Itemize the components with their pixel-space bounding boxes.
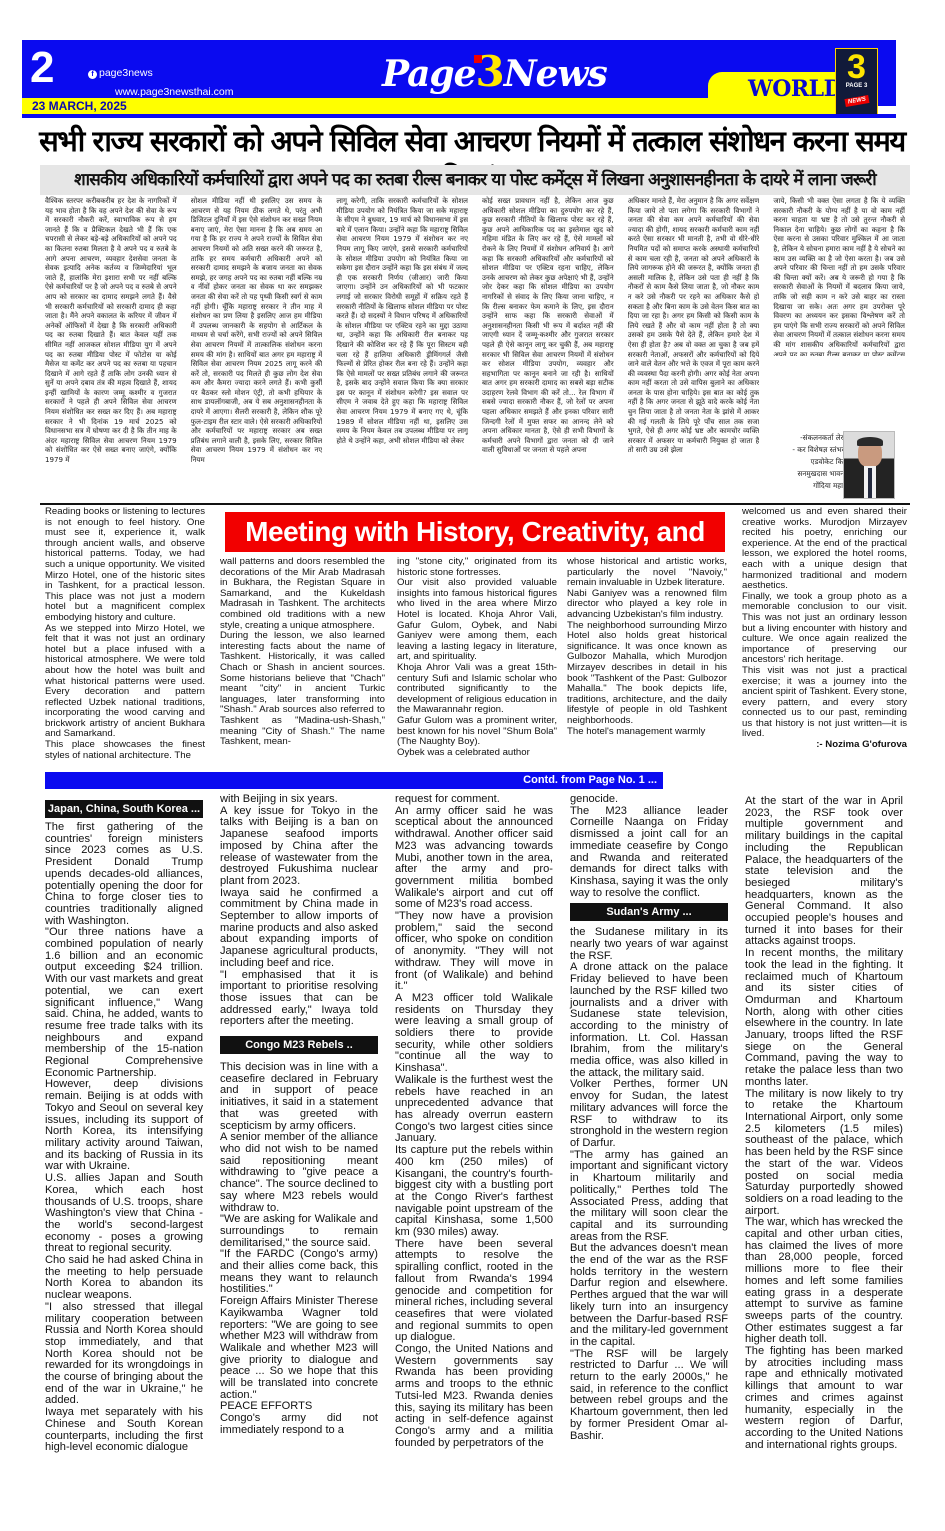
paragraph: "The RSF will be largely restricted to D… [570,1349,728,1443]
paragraph: Foreign Affairs Minister Therese Kayikwa… [220,1296,378,1401]
author-signature: -संकलनकर्ता लेखक - कर विशेषज्ञ स्तंभकार … [757,432,852,492]
news-column: with Beijing in six years. A key issue f… [220,794,378,1437]
author-tie [868,468,872,498]
paragraph: A senior member of the alliance who did … [220,1132,378,1214]
paragraph: Congo, the United Nations and Western go… [395,1344,553,1449]
website-link[interactable]: www.page3newsthai.com [115,86,233,98]
continued-banner: Contd. from Page No. 1 ... [45,772,663,789]
page-number: 2 [30,46,54,90]
page3-badge-logo: 3 PAGE 3 NEWS [835,48,878,115]
paragraph: request for comment. [395,794,553,806]
divider [22,114,896,118]
paragraph: A M23 officer told Walikale residents on… [395,993,553,1075]
paragraph: An army officer said he was sceptical ab… [395,806,553,911]
article-column-text: जाये, किसी भी वक्त ऐसा लगता है कि ये व्य… [773,196,905,356]
paragraph: Its capture put the rebels within 400 km… [395,1145,553,1239]
badge-label: PAGE 3 [836,83,877,89]
paragraph: A drone attack on the palace Friday beli… [570,962,728,1079]
byline: :- Nozima G'ofurova [742,740,907,751]
paragraph: The hotel's management warmly [567,727,727,738]
badge-news: NEWS [844,95,869,107]
paragraph: Oybek was a celebrated author [397,748,557,759]
feature-column: wall patterns and doors resembled the de… [220,557,385,748]
paragraph: Finally, we took a group photo as a memo… [742,592,907,666]
paragraph: genocide. [570,794,728,806]
article-column: लागू करेगी, ताकि सरकारी कर्मचारियों के स… [336,196,468,496]
author-photo [843,431,895,499]
section-label: WORLD [748,76,842,102]
author-hair [857,437,883,446]
article-column: वैश्विक स्तरपर करीबकरीब हर देश के नागरिक… [45,196,177,496]
paragraph: But the advances doesn't mean the end of… [570,1243,728,1348]
paragraph: As we stepped into Mirzo Hotel, we felt … [45,624,205,741]
signature-line: सनमुखदास भावनानी [757,468,852,480]
paragraph: wall patterns and doors resembled the de… [220,557,385,631]
section-heading: Sudan's Army ... [570,903,728,921]
paragraph: The first gathering of the countries' fo… [45,822,203,927]
paragraph: "The army has gained an important and si… [570,1150,728,1244]
paragraph: ing "stone city," originated from its hi… [397,557,557,578]
paragraph: This visit was not just a practical exer… [742,666,907,740]
section-heading: Congo M23 Rebels .. [220,1036,378,1054]
paragraph: This place showcases the finest styles o… [45,740,205,761]
continued-news: Japan, China, South Korea ... The first … [45,794,907,1509]
newspaper-logo: Page3News [382,47,607,96]
news-column: At the start of the war in April 2023, t… [745,796,903,1451]
divider [40,503,910,505]
paragraph: Walikale is the furthest west the rebels… [395,1075,553,1145]
date-bar: 23 MARCH, 2025 [22,98,722,114]
paragraph: Iwaya met separately with his Chinese an… [45,1407,203,1454]
continued-label: Contd. from Page No. 1 ... [523,774,657,786]
paragraph: "Our three nations have a combined popul… [45,927,203,1079]
paragraph: "I emphasised that it is important to pr… [220,970,378,1029]
article-column: सोशल मीडिया नहीं थी इसलिए उस समय के आचरण… [191,196,323,496]
paragraph: Gafur Gulom was a prominent writer, best… [397,716,557,748]
paragraph: The fighting has been marked by atrociti… [745,1346,903,1451]
logo-three: 3 [476,47,504,96]
paragraph: During the lesson, we also learned inter… [220,631,385,748]
paragraph: A key issue for Tokyo in the talks with … [220,806,378,888]
paragraph: There have been several attempts to reso… [395,1239,553,1344]
paragraph: This decision was in line with a ceasefi… [220,1062,378,1132]
article-column: जाये, किसी भी वक्त ऐसा लगता है कि ये व्य… [773,196,905,356]
news-column: request for comment. An army officer sai… [395,794,553,1449]
paragraph: whose historical and artistic works, par… [567,557,727,589]
facebook-icon: f [88,70,97,79]
logo-text-left: Page [382,53,476,95]
paragraph: In recent months, the military took the … [745,948,903,1088]
signature-line: एडवोकेट किशन [757,456,852,468]
signature-line: -संकलनकर्ता लेखक [757,432,852,444]
signature-line: गोंदिया महाराष्ट्र [757,480,852,492]
social-handle: page3news [99,67,153,79]
paragraph: with Beijing in six years. [220,794,378,806]
paragraph: The military is now likely to try to ret… [745,1089,903,1218]
feature-column: Reading books or listening to lectures i… [45,507,205,761]
paragraph: Iwaya said he confirmed a commitment by … [220,888,378,970]
logo-text-right: News [504,53,607,95]
paragraph: Congo's army did not immediately respond… [220,1413,378,1436]
paragraph: Khoja Ahror Vali was a great 15th-centur… [397,663,557,716]
feature-column: ing "stone city," originated from its hi… [397,557,557,758]
paragraph: "If the FARDC (Congo's army) and their a… [220,1249,378,1296]
paragraph: The war, which has wrecked the capital a… [745,1217,903,1346]
paragraph: Volker Perthes, former UN envoy for Suda… [570,1079,728,1149]
issue-date: 23 MARCH, 2025 [32,99,127,113]
badge-number: 3 [836,51,877,83]
paragraph: U.S. allies Japan and South Korea, which… [45,1173,203,1255]
paragraph: At the start of the war in April 2023, t… [745,796,903,948]
paragraph: Our visit also provided valuable insight… [397,578,557,663]
article-subheadline: शासकीय अधिकारियों कर्मचारियों द्वारा अपन… [40,165,910,195]
social-link[interactable]: fpage3news [88,67,153,79]
paragraph: Nabi Ganiyev was a renowned film directo… [567,589,727,621]
article-column: अधिकार मानते हैं, मेरा अनुमान है कि अगर … [628,196,760,496]
paragraph: welcomed us and even shared their creati… [742,507,907,592]
paragraph: "We are asking for Walikale and surround… [220,1214,378,1249]
paragraph: "They now have a provision problem," sai… [395,911,553,993]
paragraph: Cho said he had asked China in the meeti… [45,1255,203,1302]
feature-article: Reading books or listening to lectures i… [45,507,907,772]
feature-headline: Meeting with History, Creativity, and Cu… [225,512,725,552]
article-column: कोई सख्त प्रावधान नहीं है, लेकिन आज कुछ … [482,196,614,496]
paragraph: The M23 alliance leader Corneille Naanga… [570,806,728,900]
section-heading: Japan, China, South Korea ... [45,800,203,818]
news-column: genocide. The M23 alliance leader Cornei… [570,794,728,1442]
feature-column: welcomed us and even shared their creati… [742,507,907,751]
news-column: Japan, China, South Korea ... The first … [45,794,203,1454]
feature-column: whose historical and artistic works, par… [567,557,727,737]
paragraph: Reading books or listening to lectures i… [45,507,205,624]
paragraph: "I also stressed that illegal military c… [45,1302,203,1407]
paragraph: However, deep divisions remain. Beijing … [45,1079,203,1173]
paragraph: The neighborhood surrounding Mirzo Hotel… [567,621,727,727]
paragraph: the Sudanese military in its nearly two … [570,927,728,962]
signature-line: - कर विशेषज्ञ स्तंभकार [757,444,852,456]
